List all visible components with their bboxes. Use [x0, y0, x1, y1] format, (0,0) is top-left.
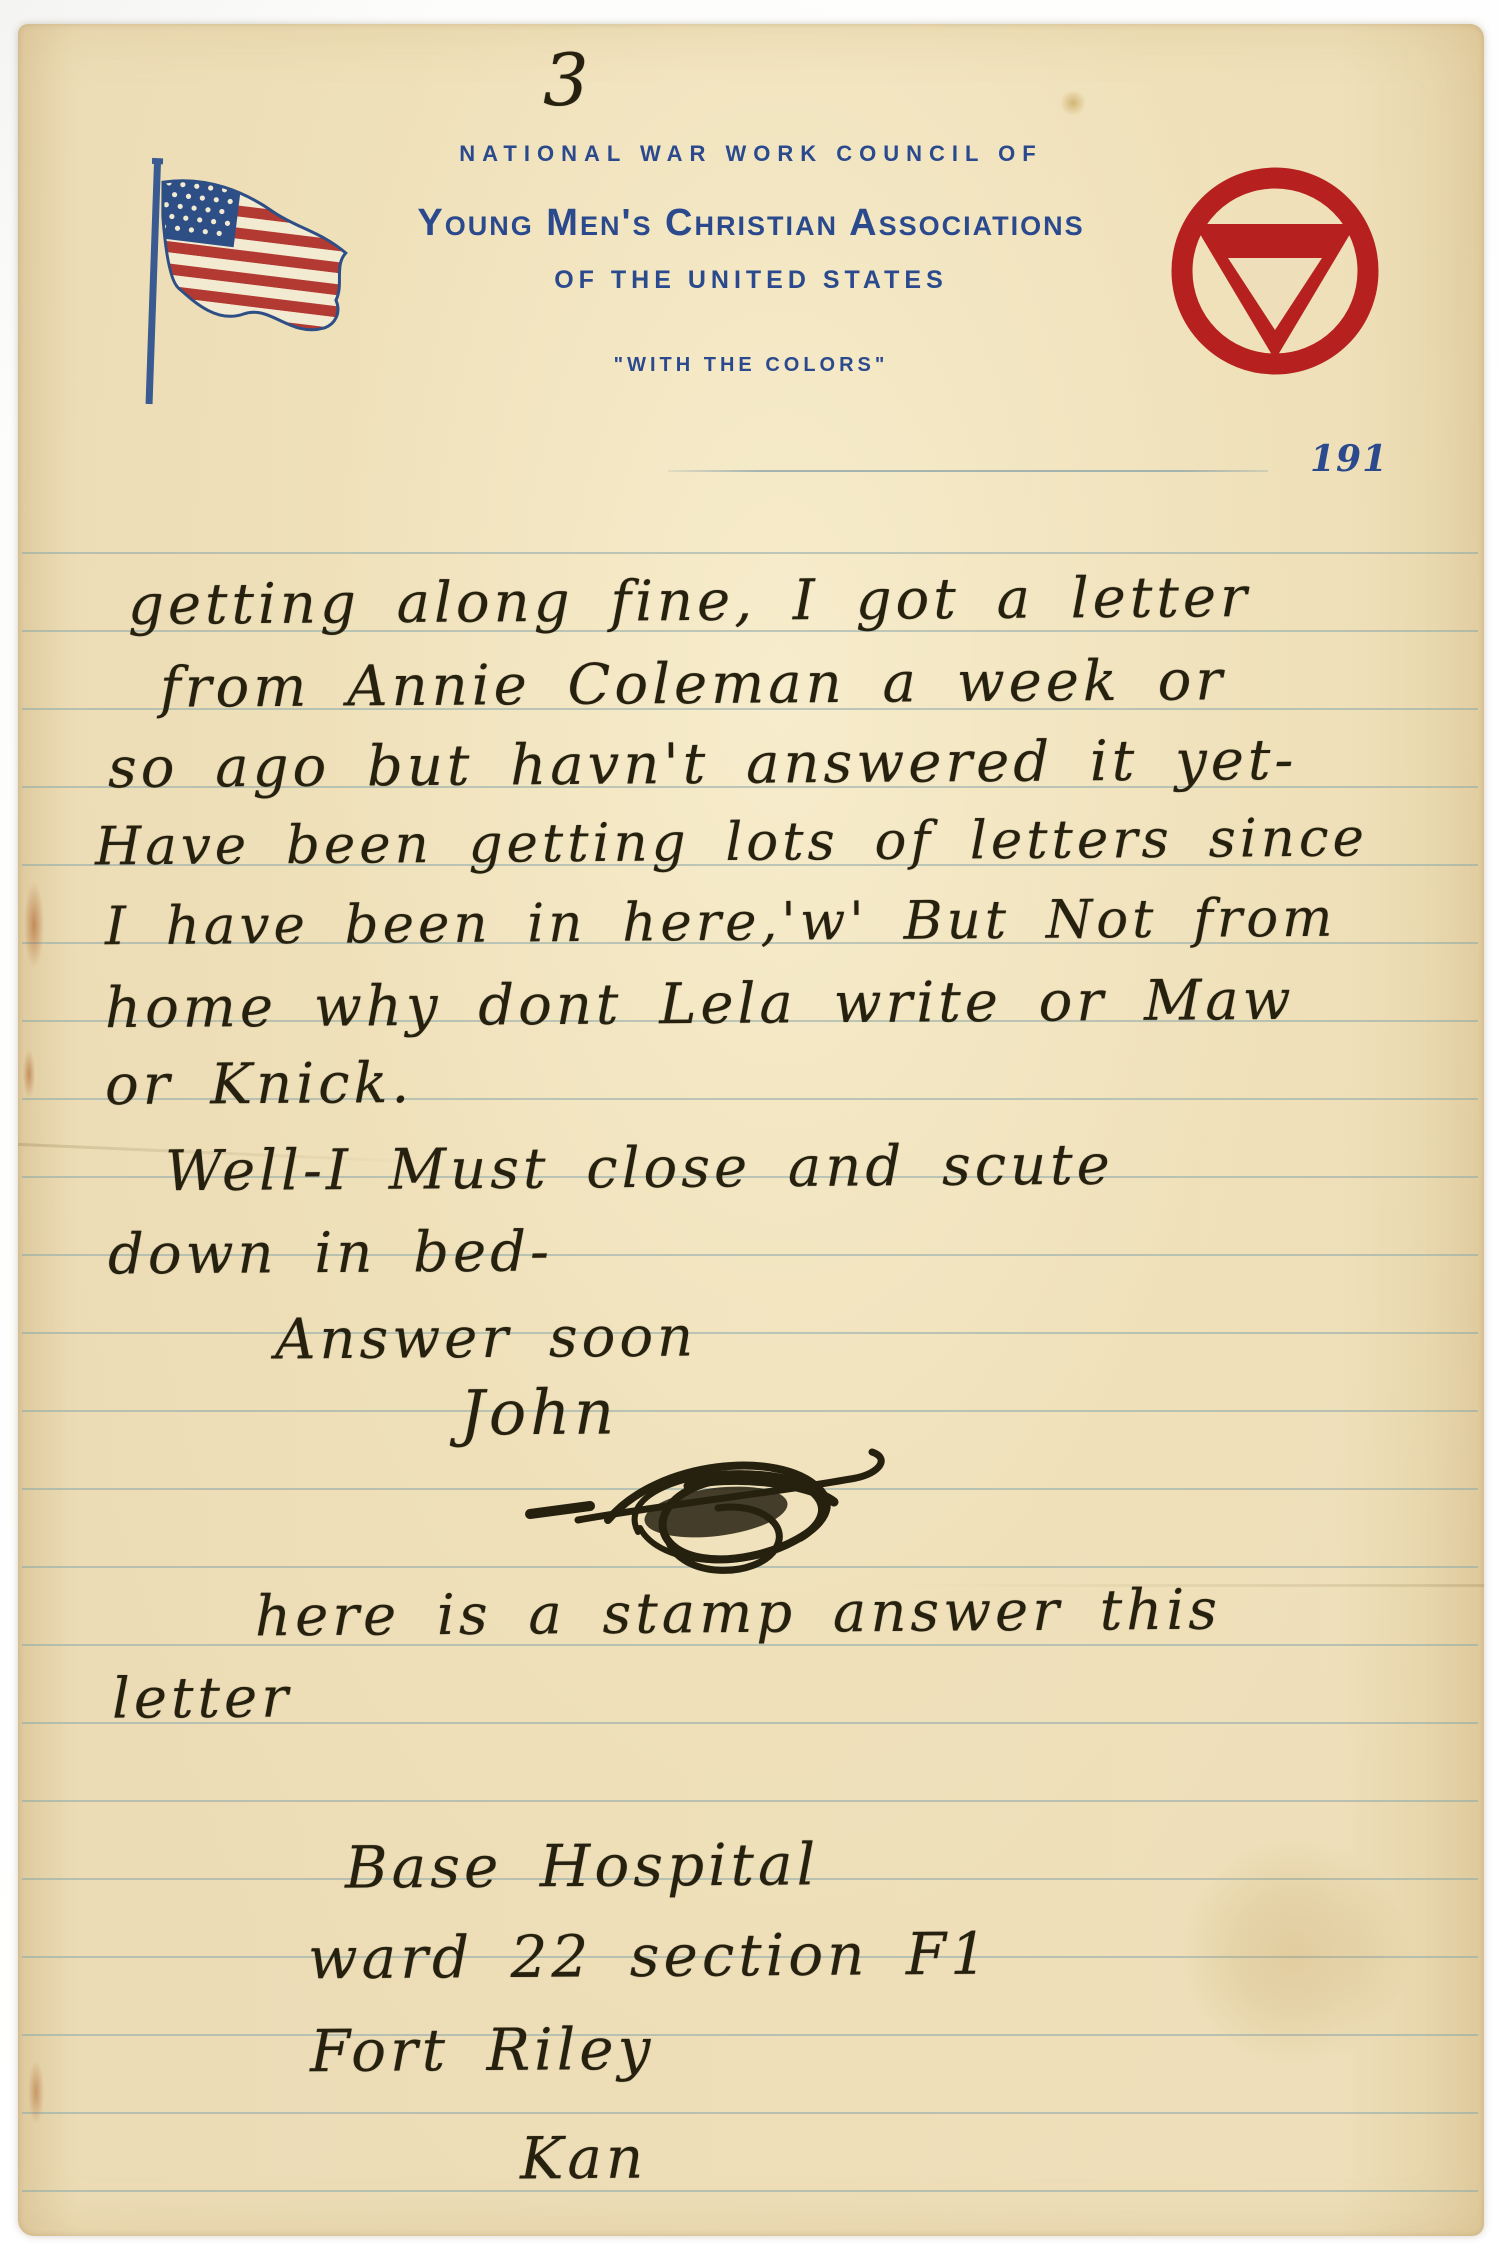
paper-stain — [1060, 90, 1086, 116]
handwritten-line: Well-I Must close and scute — [165, 1133, 1114, 1205]
address-line: ward 22 section F1 — [308, 1920, 992, 1993]
letterhead-motto: "WITH THE COLORS" — [18, 354, 1484, 377]
handwritten-line: Have been getting lots of letters since — [95, 808, 1368, 878]
handwritten-line: getting along fine, I got a letter — [128, 565, 1251, 638]
paper-stain — [1180, 1837, 1410, 2067]
rust-mark — [24, 882, 44, 968]
address-line: Base Hospital — [345, 1830, 820, 1901]
rust-mark — [23, 1050, 35, 1098]
handwritten-line: letter — [112, 1665, 292, 1731]
date-year-prefix: 191 — [1310, 438, 1388, 480]
letter-paper: 3 — [18, 24, 1484, 2236]
handwritten-line: home why dont Lela write or Maw — [105, 968, 1295, 1041]
handwritten-line: or Knick. — [105, 1051, 414, 1118]
letterhead-line-2: Young Men's Christian Associations — [18, 202, 1484, 245]
handwritten-line: Answer soon — [275, 1305, 698, 1373]
date-blank-line — [668, 470, 1268, 472]
address-line: Kan — [520, 2124, 648, 2193]
rust-mark — [28, 2060, 44, 2124]
handwritten-line: I have been in here,'w' But Not from — [105, 888, 1337, 958]
letterhead-line-1: NATIONAL WAR WORK COUNCIL OF — [18, 141, 1484, 167]
letterhead-line-3: OF THE UNITED STATES — [18, 266, 1484, 295]
ink-scribble — [518, 1416, 898, 1586]
address-line: Fort Riley — [310, 2015, 655, 2085]
handwritten-line: so ago but havn't answered it yet- — [108, 728, 1298, 801]
page-number: 3 — [543, 38, 589, 122]
handwritten-line: here is a stamp answer this — [255, 1578, 1221, 1650]
handwritten-line: from Annie Coleman a week or — [160, 648, 1227, 720]
handwritten-line: down in bed- — [108, 1219, 553, 1287]
